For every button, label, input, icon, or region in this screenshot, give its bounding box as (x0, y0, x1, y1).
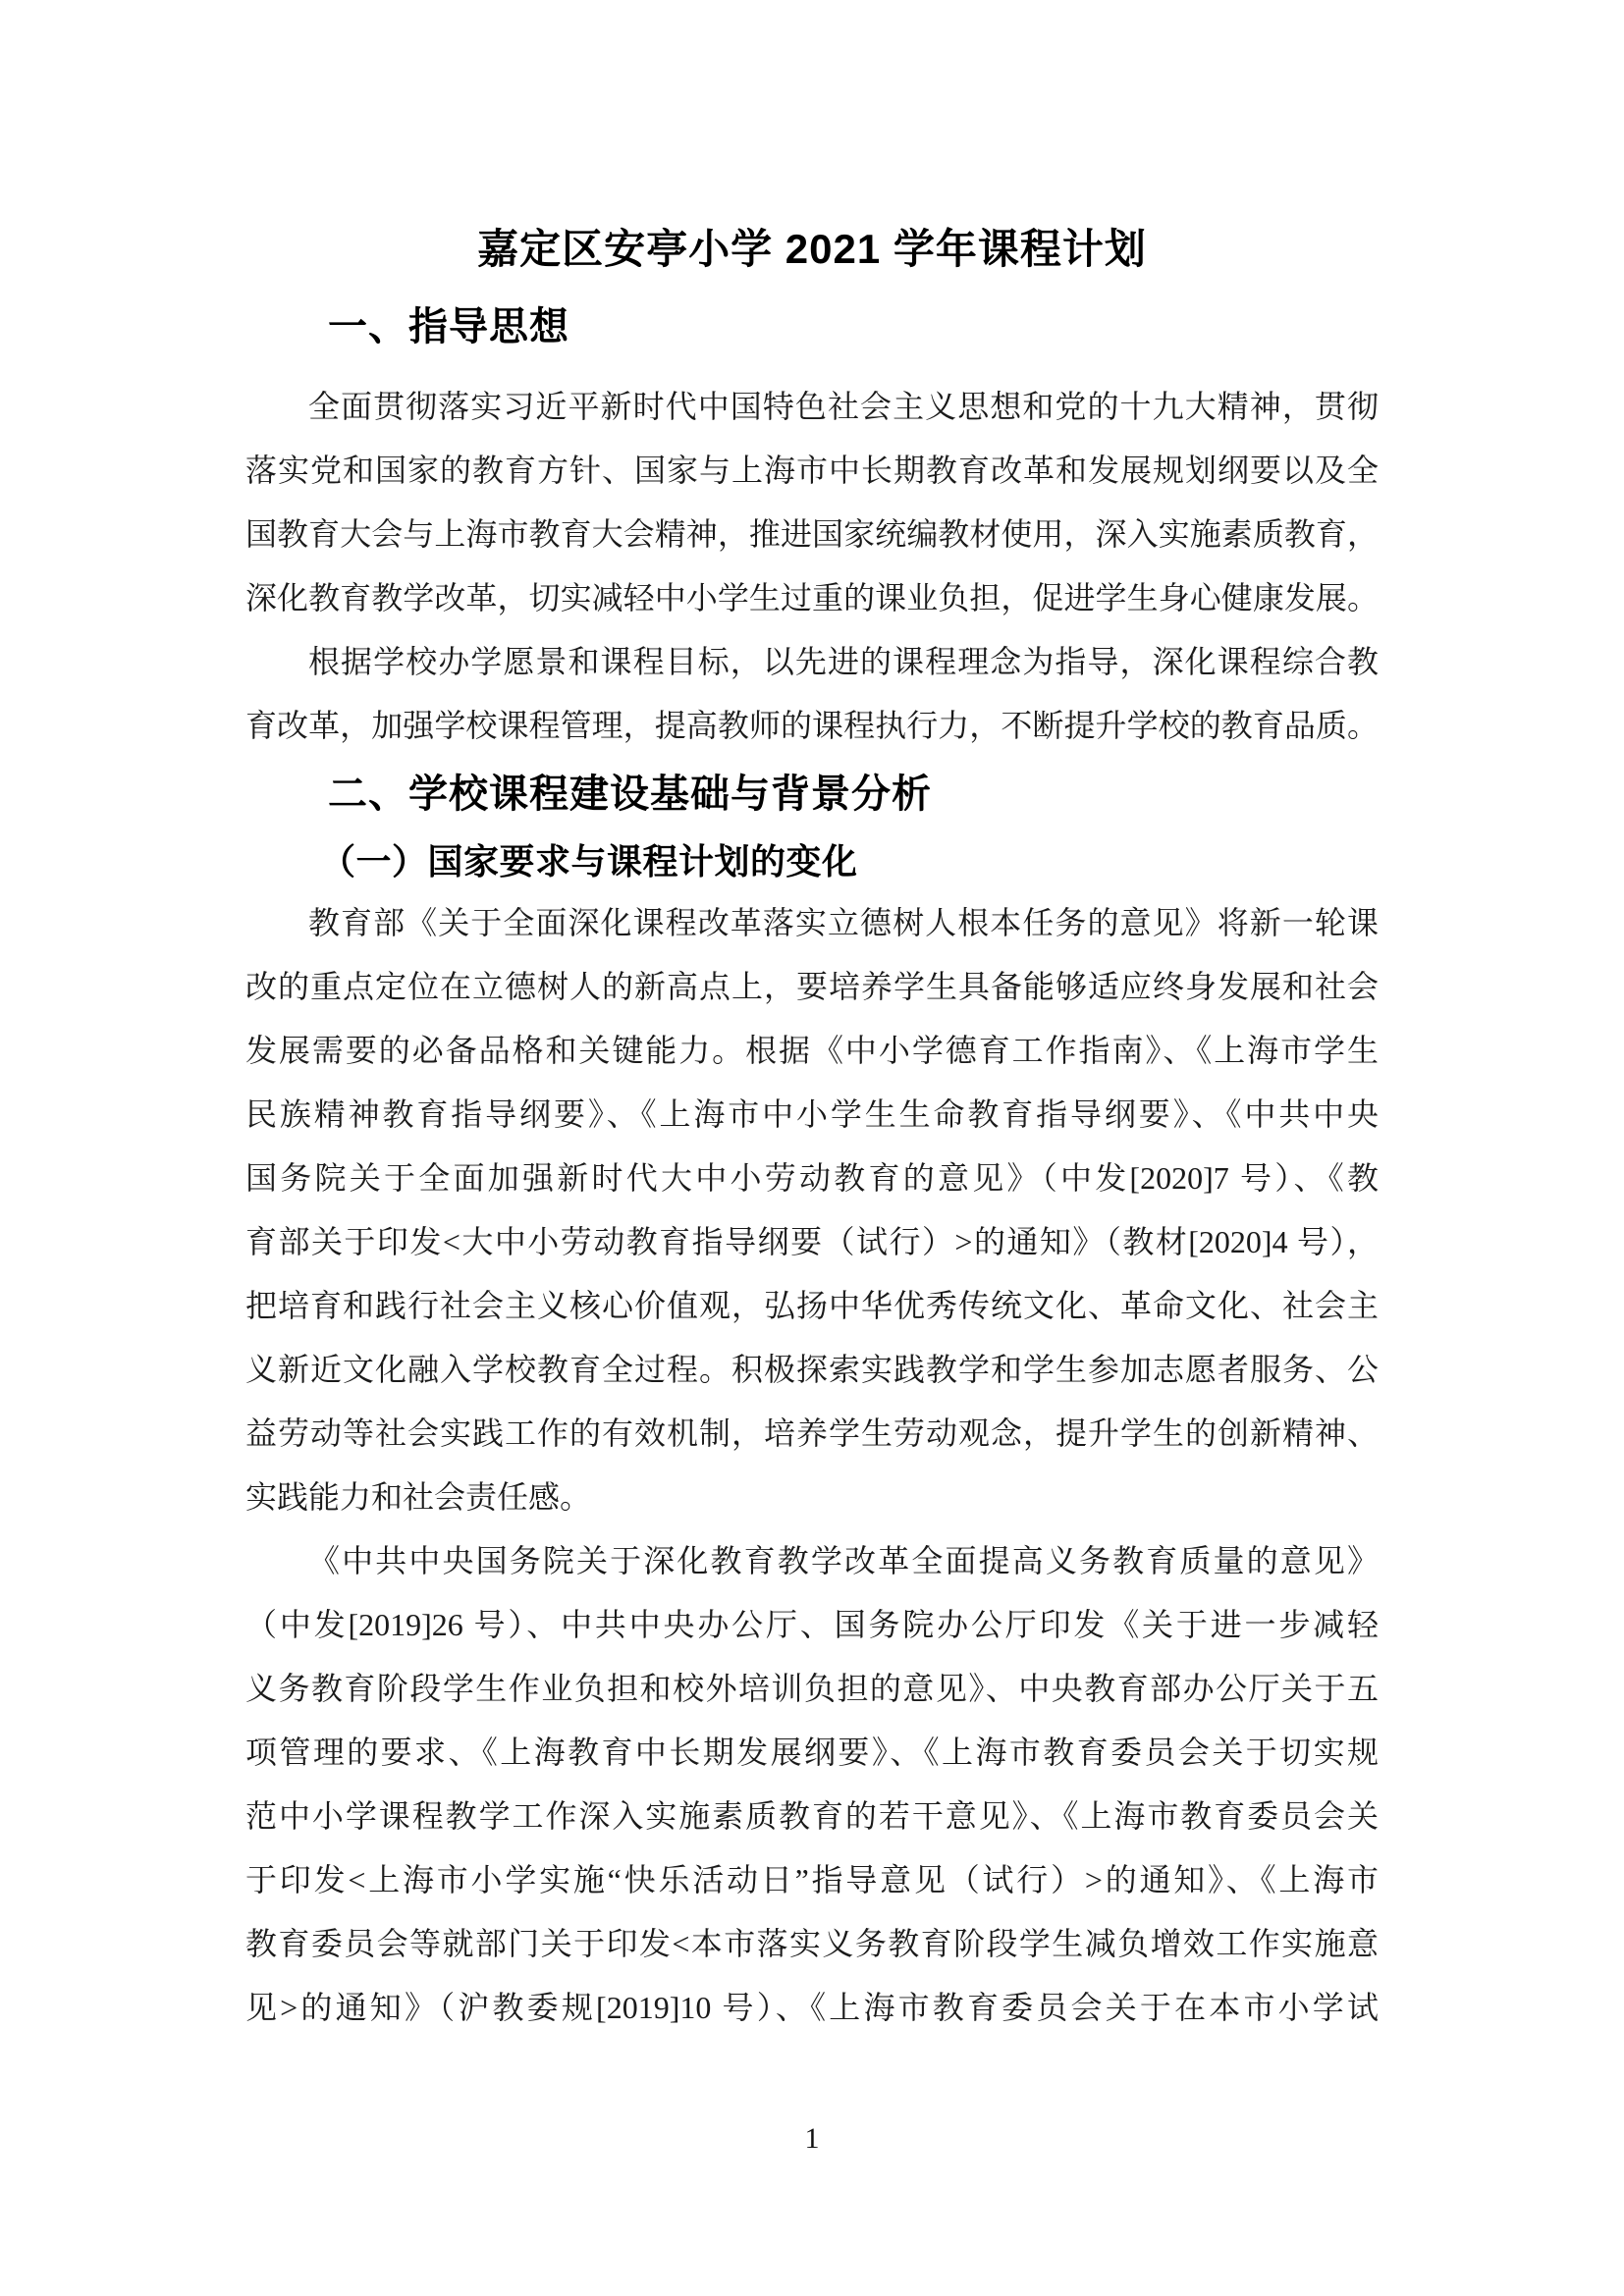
section-heading: 二、学校课程建设基础与背景分析 (245, 762, 1379, 827)
document-page: 嘉定区安亭小学 2021 学年课程计划 一、指导思想全面贯彻落实习近平新时代中国… (0, 0, 1624, 2296)
section-heading: 一、指导思想 (245, 294, 1379, 359)
paragraph-line: 于印发<上海市小学实施“快乐活动日”指导意见（试行）>的通知》、《上海市 (245, 1848, 1379, 1912)
paragraph-line: 改的重点定位在立德树人的新高点上，要培养学生具备能够适应终身发展和社会 (245, 955, 1379, 1019)
paragraph: 教育部《关于全面深化课程改革落实立德树人根本任务的意见》将新一轮课改的重点定位在… (245, 891, 1379, 1529)
paragraph-line: 《中共中央国务院关于深化教育教学改革全面提高义务教育质量的意见》 (245, 1529, 1379, 1593)
document-title: 嘉定区安亭小学 2021 学年课程计划 (245, 218, 1379, 281)
paragraph-line: 根据学校办学愿景和课程目标，以先进的课程理念为指导，深化课程综合教 (245, 630, 1379, 694)
document-content: 嘉定区安亭小学 2021 学年课程计划 一、指导思想全面贯彻落实习近平新时代中国… (0, 218, 1624, 2040)
paragraph-line: 落实党和国家的教育方针、国家与上海市中长期教育改革和发展规划纲要以及全 (245, 439, 1379, 503)
paragraph-line: 育改革，加强学校课程管理，提高教师的课程执行力，不断提升学校的教育品质。 (245, 694, 1379, 758)
paragraph-line: 发展需要的必备品格和关键能力。根据《中小学德育工作指南》、《上海市学生 (245, 1019, 1379, 1083)
paragraph: 《中共中央国务院关于深化教育教学改革全面提高义务教育质量的意见》（中发[2019… (245, 1529, 1379, 2040)
paragraph-line: （中发[2019]26 号）、中共中央办公厅、国务院办公厅印发《关于进一步减轻 (245, 1593, 1379, 1657)
paragraph: 根据学校办学愿景和课程目标，以先进的课程理念为指导，深化课程综合教育改革，加强学… (245, 630, 1379, 758)
page-number: 1 (0, 2120, 1624, 2158)
paragraph-line: 深化教育教学改革，切实减轻中小学生过重的课业负担，促进学生身心健康发展。 (245, 566, 1379, 630)
paragraph-line: 义务教育阶段学生作业负担和校外培训负担的意见》、中央教育部办公厅关于五 (245, 1657, 1379, 1721)
paragraph-line: 教育部《关于全面深化课程改革落实立德树人根本任务的意见》将新一轮课 (245, 891, 1379, 955)
paragraph-line: 范中小学课程教学工作深入实施素质教育的若干意见》、《上海市教育委员会关 (245, 1785, 1379, 1848)
paragraph: 全面贯彻落实习近平新时代中国特色社会主义思想和党的十九大精神，贯彻落实党和国家的… (245, 375, 1379, 630)
paragraph-line: 项管理的要求、《上海教育中长期发展纲要》、《上海市教育委员会关于切实规 (245, 1721, 1379, 1785)
paragraph-line: 全面贯彻落实习近平新时代中国特色社会主义思想和党的十九大精神，贯彻 (245, 375, 1379, 439)
paragraph-line: 见>的通知》（沪教委规[2019]10 号）、《上海市教育委员会关于在本市小学试 (245, 1976, 1379, 2040)
document-body: 一、指导思想全面贯彻落实习近平新时代中国特色社会主义思想和党的十九大精神，贯彻落… (245, 294, 1379, 2040)
paragraph-line: 民族精神教育指导纲要》、《上海市中小学生生命教育指导纲要》、《中共中央 (245, 1083, 1379, 1147)
paragraph-line: 实践能力和社会责任感。 (245, 1466, 1379, 1529)
paragraph-line: 益劳动等社会实践工作的有效机制，培养学生劳动观念，提升学生的创新精神、 (245, 1402, 1379, 1466)
paragraph-line: 教育委员会等就部门关于印发<本市落实义务教育阶段学生减负增效工作实施意 (245, 1912, 1379, 1976)
paragraph-line: 把培育和践行社会主义核心价值观，弘扬中华优秀传统文化、革命文化、社会主 (245, 1274, 1379, 1338)
paragraph-line: 育部关于印发<大中小劳动教育指导纲要（试行）>的通知》（教材[2020]4 号）… (245, 1210, 1379, 1274)
sub-heading: （一）国家要求与课程计划的变化 (245, 832, 1379, 891)
paragraph-line: 国务院关于全面加强新时代大中小劳动教育的意见》（中发[2020]7 号）、《教 (245, 1147, 1379, 1210)
paragraph-line: 义新近文化融入学校教育全过程。积极探索实践教学和学生参加志愿者服务、公 (245, 1338, 1379, 1402)
paragraph-line: 国教育大会与上海市教育大会精神，推进国家统编教材使用，深入实施素质教育， (245, 503, 1379, 566)
